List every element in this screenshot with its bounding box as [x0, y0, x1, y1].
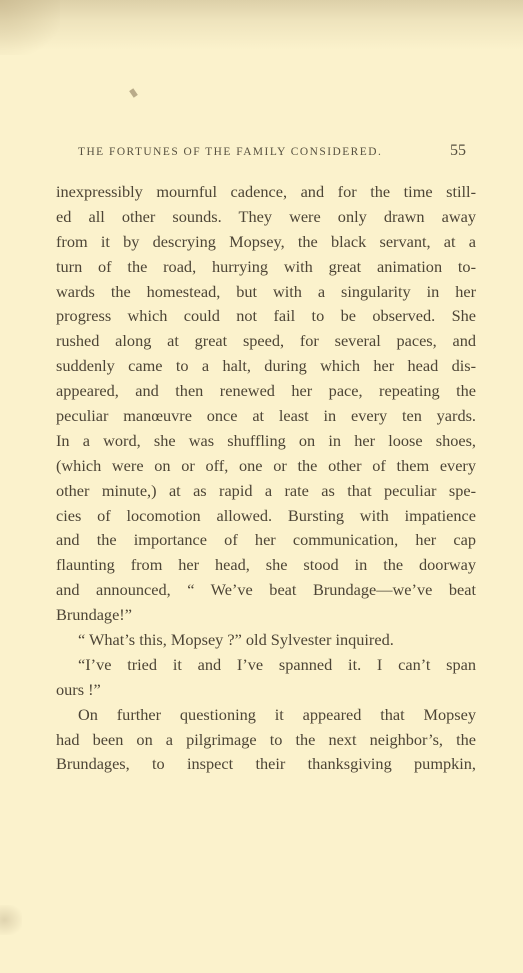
text-line: appeared, and then renewed her pace, rep… [56, 379, 476, 404]
paper-stain [0, 905, 22, 935]
text-line: On further questioning it appeared that … [56, 703, 476, 728]
page-corner-shadow [0, 0, 60, 55]
text-line: Brundage!” [56, 603, 476, 628]
page-number: 55 [450, 142, 466, 160]
text-line: had been on a pilgrimage to the next nei… [56, 728, 476, 753]
text-line: wards the homestead, but with a singular… [56, 280, 476, 305]
text-line: suddenly came to a halt, during which he… [56, 354, 476, 379]
text-line: (which were on or off, one or the other … [56, 454, 476, 479]
body-text: inexpressibly mournful cadence, and for … [56, 180, 476, 777]
text-line: other minute,) at as rapid a rate as tha… [56, 479, 476, 504]
text-line: peculiar manœuvre once at least in every… [56, 404, 476, 429]
text-line: from it by descrying Mopsey, the black s… [56, 230, 476, 255]
text-line: and announced, “ We’ve beat Brundage—we’… [56, 578, 476, 603]
text-line: In a word, she was shuffling on in her l… [56, 429, 476, 454]
text-line: progress which could not fail to be obse… [56, 304, 476, 329]
text-line: Brundages, to inspect their thanksgiving… [56, 752, 476, 777]
text-line: flaunting from her head, she stood in th… [56, 553, 476, 578]
text-line: rushed along at great speed, for several… [56, 329, 476, 354]
text-line: ed all other sounds. They were only draw… [56, 205, 476, 230]
text-line: “ What’s this, Mopsey ?” old Sylvester i… [56, 628, 476, 653]
text-line: inexpressibly mournful cadence, and for … [56, 180, 476, 205]
text-line: ours !” [56, 678, 476, 703]
page-edge-shadow [0, 0, 523, 50]
running-head: THE FORTUNES OF THE FAMILY CONSIDERED. [78, 146, 478, 158]
text-line: and the importance of her communication,… [56, 528, 476, 553]
text-line: turn of the road, hurrying with great an… [56, 255, 476, 280]
text-line: cies of locomotion allowed. Bursting wit… [56, 504, 476, 529]
ink-speck [129, 88, 138, 97]
text-line: “I’ve tried it and I’ve spanned it. I ca… [56, 653, 476, 678]
